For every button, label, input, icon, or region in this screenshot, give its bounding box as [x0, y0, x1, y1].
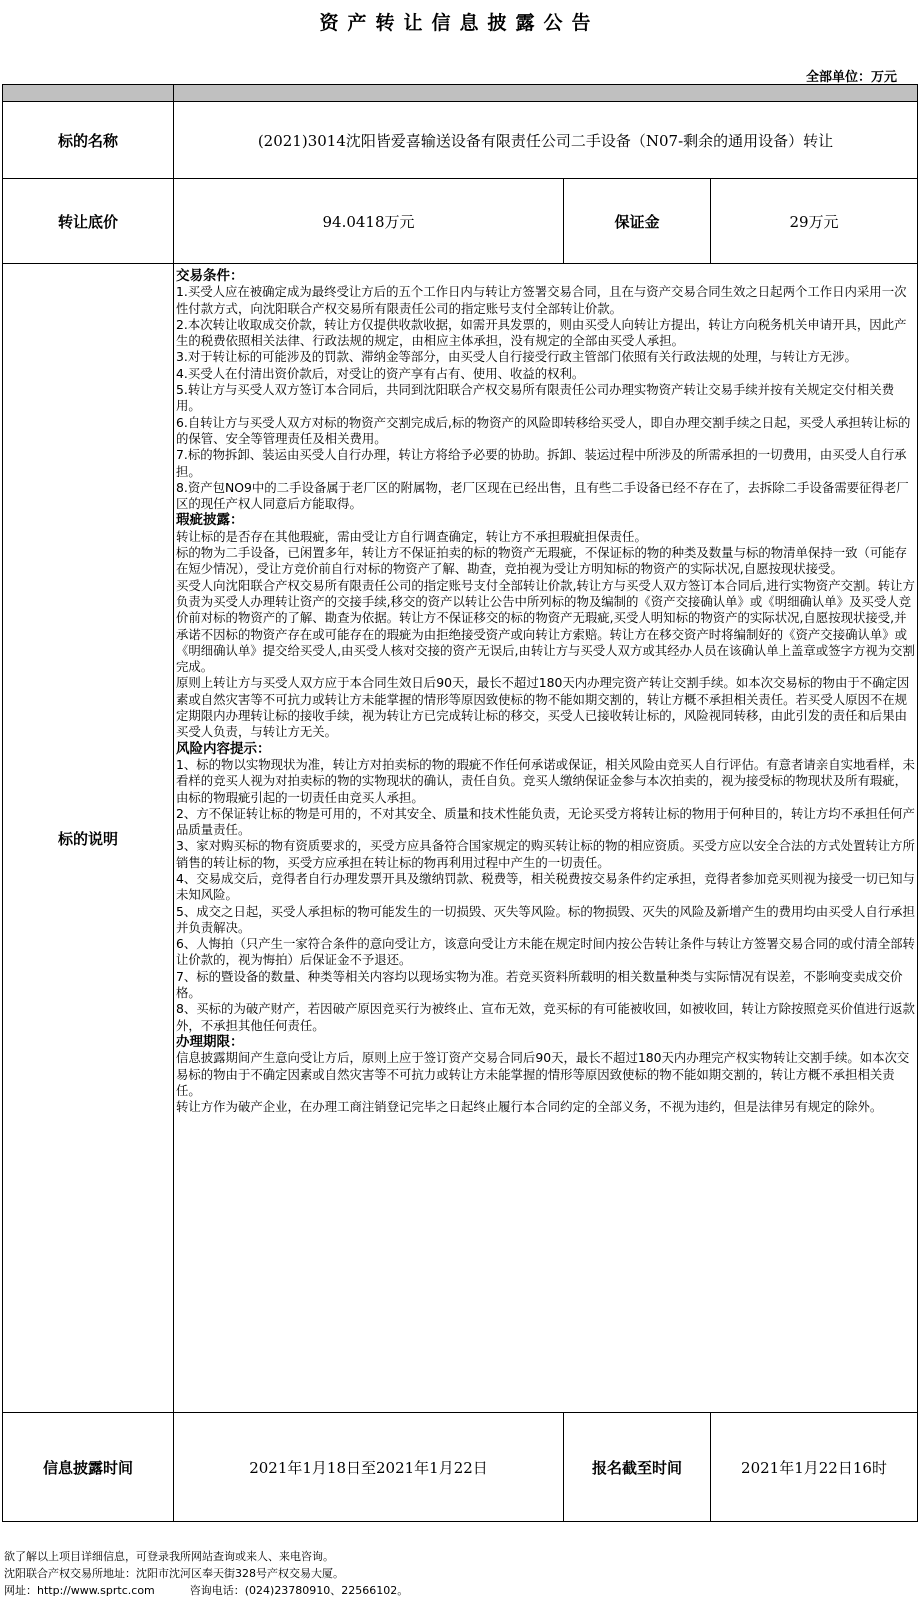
phone-label: 咨询电话：	[190, 1584, 245, 1597]
header-cell-right	[174, 85, 918, 102]
description-content: 交易条件： 1.买受人应在被确定成为最终受让方后的五个工作日内与转让方签署交易合…	[174, 264, 918, 1413]
price-row: 转让底价 94.0418万元 保证金 29万元	[3, 179, 918, 264]
paragraph: 8、买标的为破产财产，若因破产原因竞买行为被终止、宣布无效，竞买标的有可能被收回…	[176, 1001, 915, 1034]
section-trade-conditions: 交易条件： 1.买受人应在被确定成为最终受让方后的五个工作日内与转让方签署交易合…	[176, 268, 915, 512]
deposit-label: 保证金	[564, 179, 711, 264]
footer-info-line: 欲了解以上项目详细信息，可登录我所网站查询或来人、来电咨询。	[4, 1548, 408, 1565]
paragraph: 3、家对购买标的物有资质要求的，买受方应具备符合国家规定的购买转让标的物的相应资…	[176, 838, 915, 871]
footer-address-line: 沈阳联合产权交易所地址：沈阳市沈河区奉天街328号产权交易大厦。	[4, 1565, 408, 1582]
paragraph: 转让方作为破产企业，在办理工商注销登记完毕之日起终止履行本合同约定的全部义务，不…	[176, 1099, 915, 1115]
unit-note: 全部单位：万元	[806, 66, 897, 85]
paragraph: 4、交易成交后，竞得者自行办理发票开具及缴纳罚款、税费等，相关税费按交易条件约定…	[176, 871, 915, 904]
name-row: 标的名称 (2021)3014沈阳皆爱喜输送设备有限责任公司二手设备（N07-剩…	[3, 102, 918, 179]
header-cell-left	[3, 85, 174, 102]
deposit-value: 29万元	[711, 179, 918, 264]
section-defect-disclosure: 瑕疵披露： 转让标的是否存在其他瑕疵，需由受让方自行调查确定，转让方不承担瑕疵担…	[176, 512, 915, 740]
paragraph: 转让标的是否存在其他瑕疵，需由受让方自行调查确定，转让方不承担瑕疵担保责任。	[176, 529, 915, 545]
page-title: 资产转让信息披露公告	[0, 8, 919, 35]
footer: 欲了解以上项目详细信息，可登录我所网站查询或来人、来电咨询。 沈阳联合产权交易所…	[4, 1548, 408, 1599]
description-row: 标的说明 交易条件： 1.买受人应在被确定成为最终受让方后的五个工作日内与转让方…	[3, 264, 918, 1413]
paragraph: 2、方不保证转让标的物是可用的，不对其安全、质量和技术性能负责，无论买受方将转让…	[176, 806, 915, 839]
paragraph: 5、成交之日起，买受人承担标的物可能发生的一切损毁、灭失等风险。标的物损毁、灭失…	[176, 904, 915, 937]
section-processing-period: 办理期限： 信息披露期间产生意向受让方后，原则上应于签订资产交易合同后90天，最…	[176, 1034, 915, 1115]
section-heading: 办理期限：	[176, 1034, 915, 1050]
paragraph: 6、人悔拍（只产生一家符合条件的意向受让方，该意向受让方未能在规定时间内按公告转…	[176, 936, 915, 969]
paragraph: 信息披露期间产生意向受让方后，原则上应于签订资产交易合同后90天，最长不超过18…	[176, 1050, 915, 1099]
section-heading: 瑕疵披露：	[176, 512, 915, 528]
paragraph: 7.标的物拆卸、装运由买受人自行办理，转让方将给予必要的协助。拆卸、装运过程中所…	[176, 447, 915, 480]
website-label: 网址：	[4, 1584, 37, 1597]
paragraph: 标的物为二手设备，已闲置多年，转让方不保证拍卖的标的物资产无瑕疵，不保证标的物的…	[176, 545, 915, 578]
description-label: 标的说明	[3, 264, 174, 1413]
deadline-value: 2021年1月22日16时	[711, 1413, 918, 1522]
paragraph: 3.对于转让标的可能涉及的罚款、滞纳金等部分，由买受人自行接受行政主管部门依照有…	[176, 349, 915, 365]
disclosure-time-value: 2021年1月18日至2021年1月22日	[174, 1413, 564, 1522]
header-row	[3, 85, 918, 102]
paragraph: 1.买受人应在被确定成为最终受让方后的五个工作日内与转让方签署交易合同，且在与资…	[176, 284, 915, 317]
paragraph: 4.买受人在付清出资价款后，对受让的资产享有占有、使用、收益的权利。	[176, 366, 915, 382]
price-label: 转让底价	[3, 179, 174, 264]
paragraph: 5.转让方与买受人双方签订本合同后，共同到沈阳联合产权交易所有限责任公司办理实物…	[176, 382, 915, 415]
phone-value: (024)23780910、22566102。	[245, 1584, 409, 1597]
paragraph: 6.自转让方与买受人双方对标的物资产交割完成后,标的物资产的风险即转移给买受人，…	[176, 415, 915, 448]
name-label: 标的名称	[3, 102, 174, 179]
paragraph: 2.本次转让收取成交价款，转让方仅提供收款收据，如需开具发票的，则由买受人向转让…	[176, 317, 915, 350]
section-heading: 交易条件：	[176, 268, 915, 284]
paragraph: 7、标的暨设备的数量、种类等相关内容均以现场实物为准。若竞买资料所载明的相关数量…	[176, 969, 915, 1002]
section-heading: 风险内容提示：	[176, 741, 915, 757]
announcement-table: 标的名称 (2021)3014沈阳皆爱喜输送设备有限责任公司二手设备（N07-剩…	[2, 84, 918, 1522]
paragraph: 8.资产包NO9中的二手设备属于老厂区的附属物，老厂区现在已经出售，且有些二手设…	[176, 480, 915, 513]
footer-contact-line: 网址：http://www.sprtc.com 咨询电话：(024)237809…	[4, 1582, 408, 1599]
paragraph: 原则上转让方与买受人双方应于本合同生效日后90天，最长不超过180天内办理完资产…	[176, 675, 915, 740]
time-row: 信息披露时间 2021年1月18日至2021年1月22日 报名截至时间 2021…	[3, 1413, 918, 1522]
website-link[interactable]: http://www.sprtc.com	[37, 1584, 155, 1597]
paragraph: 买受人向沈阳联合产权交易所有限责任公司的指定账号支付全部转让价款,转让方与买受人…	[176, 578, 915, 676]
deadline-label: 报名截至时间	[564, 1413, 711, 1522]
section-risk-notice: 风险内容提示： 1、标的物以实物现状为准，转让方对拍卖标的物的瑕疵不作任何承诺或…	[176, 741, 915, 1034]
paragraph: 1、标的物以实物现状为准，转让方对拍卖标的物的瑕疵不作任何承诺或保证，相关风险由…	[176, 757, 915, 806]
disclosure-time-label: 信息披露时间	[3, 1413, 174, 1522]
name-value: (2021)3014沈阳皆爱喜输送设备有限责任公司二手设备（N07-剩余的通用设…	[174, 102, 918, 179]
price-value: 94.0418万元	[174, 179, 564, 264]
